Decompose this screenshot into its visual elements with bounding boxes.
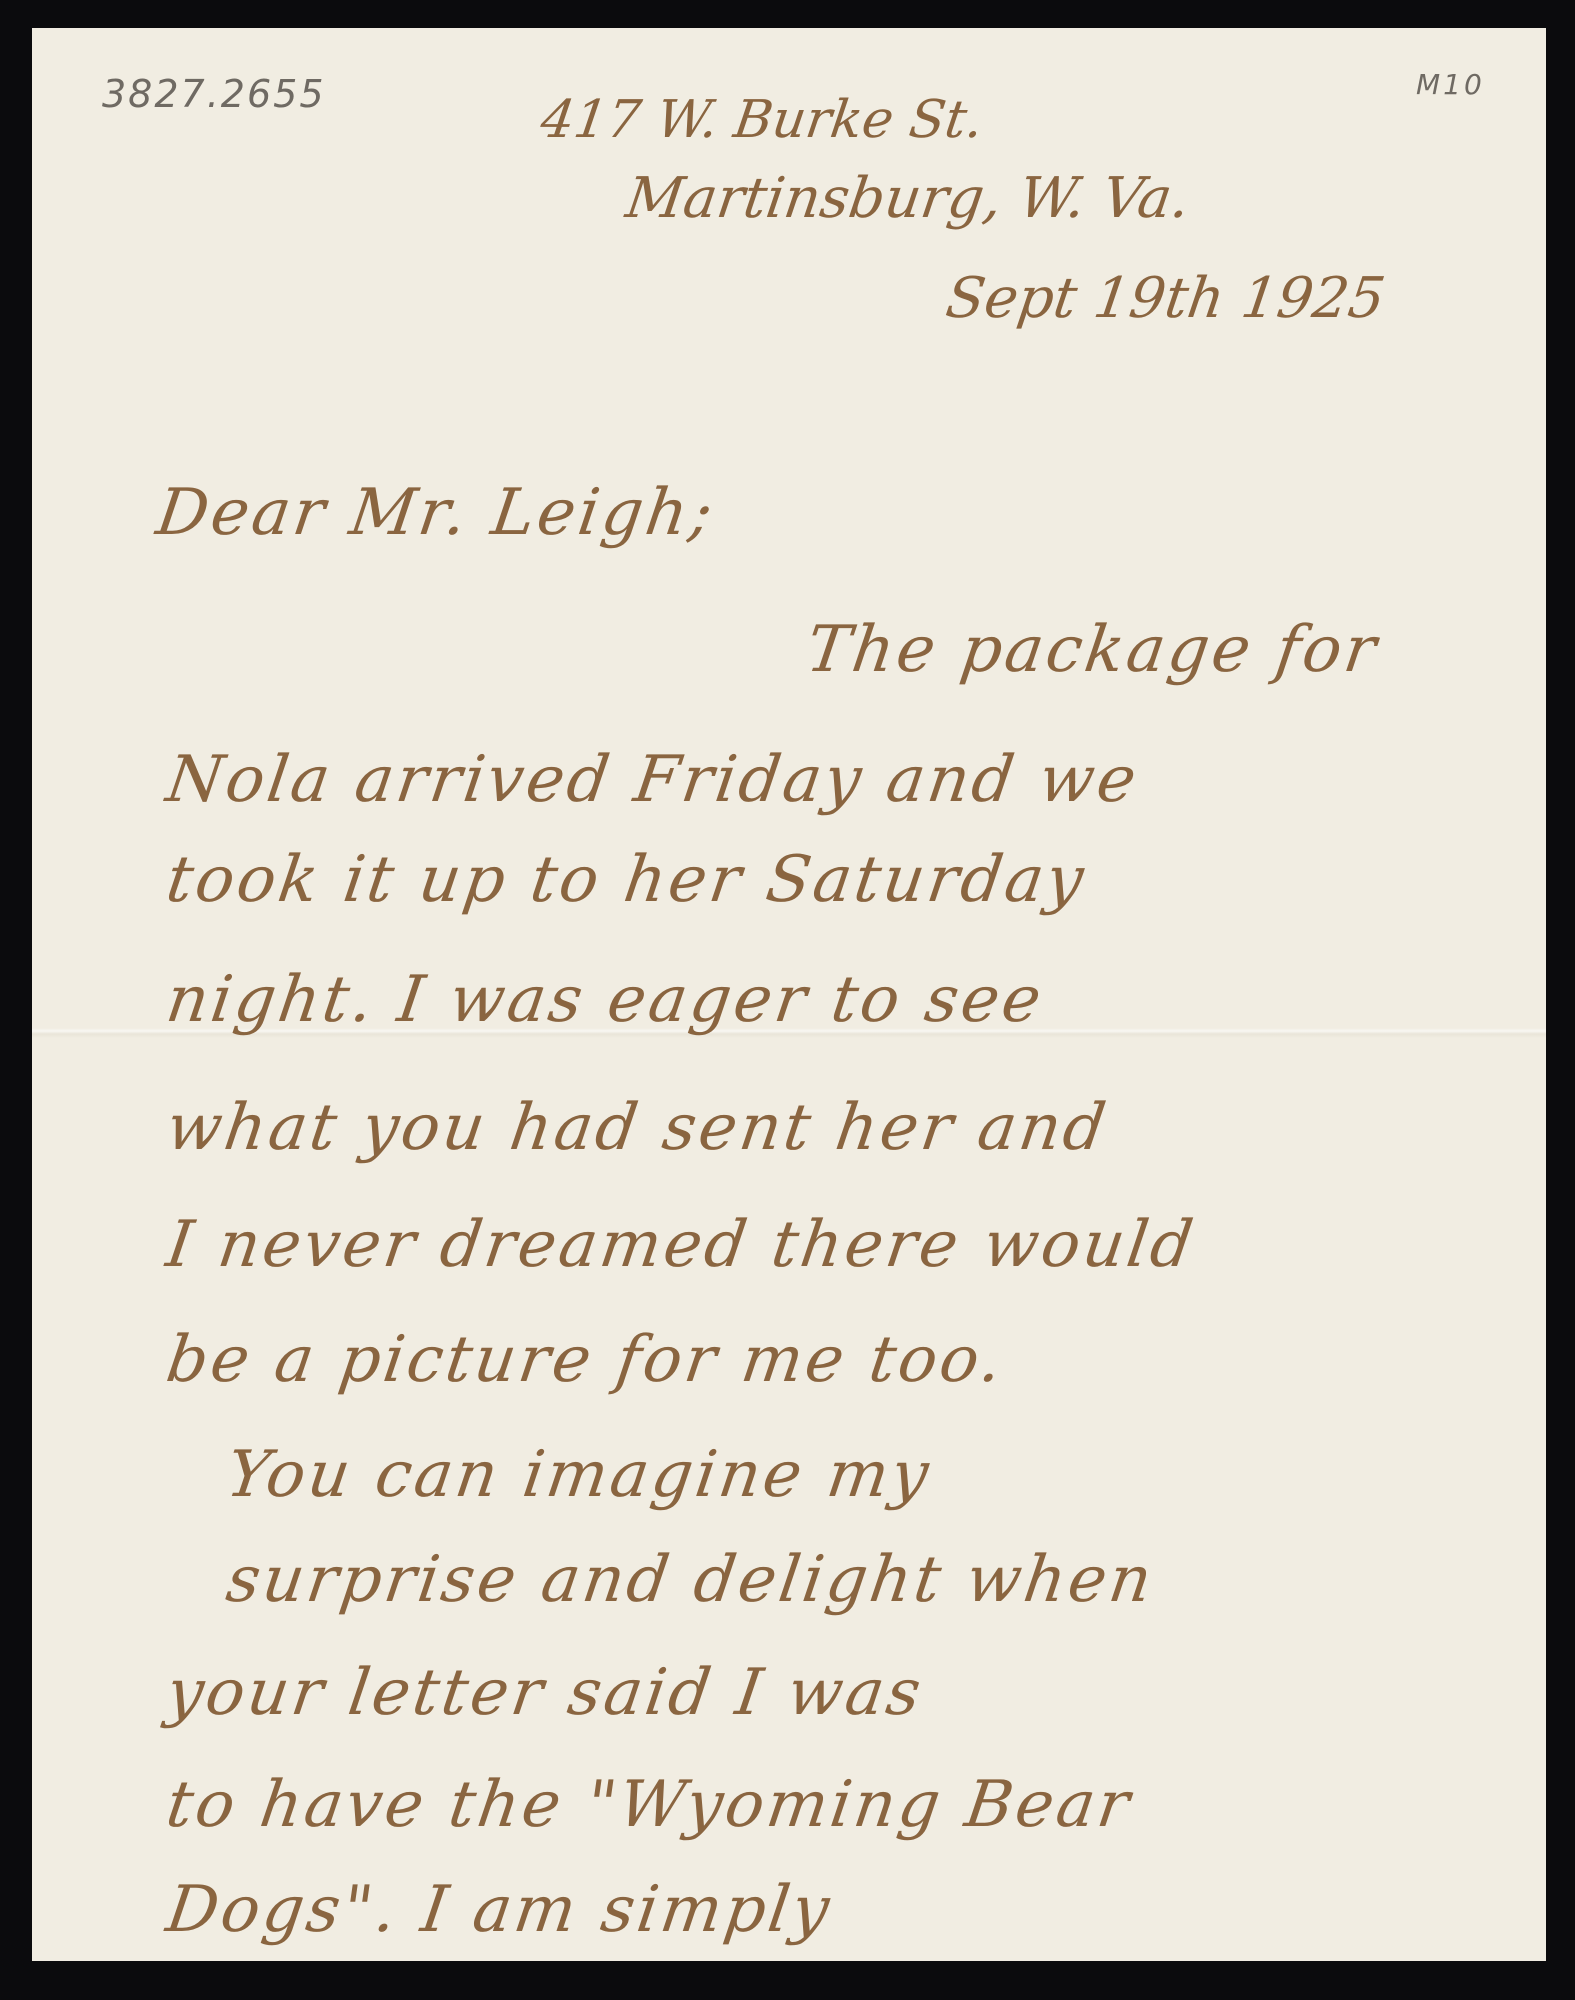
letter-page: 3827.2655 M10 417 W. Burke St. Martinsbu…: [32, 28, 1546, 1961]
body-line-5: what you had sent her and: [162, 1091, 1113, 1165]
body-line-6: I never dreamed there would: [162, 1208, 1200, 1282]
body-line-4: night. I was eager to see: [162, 963, 1048, 1037]
body-line-9: surprise and delight when: [222, 1543, 1159, 1617]
body-line-3: took it up to her Saturday: [162, 843, 1091, 917]
address-line-1: 417 W. Burke St.: [537, 90, 987, 150]
body-line-1: The package for: [802, 613, 1383, 687]
folio-mark: M10: [1416, 68, 1485, 101]
letter-date: Sept 19th 1925: [942, 266, 1389, 331]
accession-number: 3827.2655: [102, 72, 326, 116]
body-line-12: Dogs". I am simply: [162, 1873, 837, 1947]
body-line-8: You can imagine my: [222, 1438, 936, 1512]
body-line-10: your letter said I was: [162, 1656, 928, 1730]
body-line-11: to have the "Wyoming Bear: [162, 1768, 1137, 1842]
body-line-2: Nola arrived Friday and we: [162, 743, 1143, 817]
body-line-7: be a picture for me too.: [162, 1323, 1009, 1397]
address-line-2: Martinsburg, W. Va.: [622, 166, 1194, 231]
scan-background: 3827.2655 M10 417 W. Burke St. Martinsbu…: [0, 0, 1575, 2000]
salutation: Dear Mr. Leigh;: [152, 476, 720, 550]
